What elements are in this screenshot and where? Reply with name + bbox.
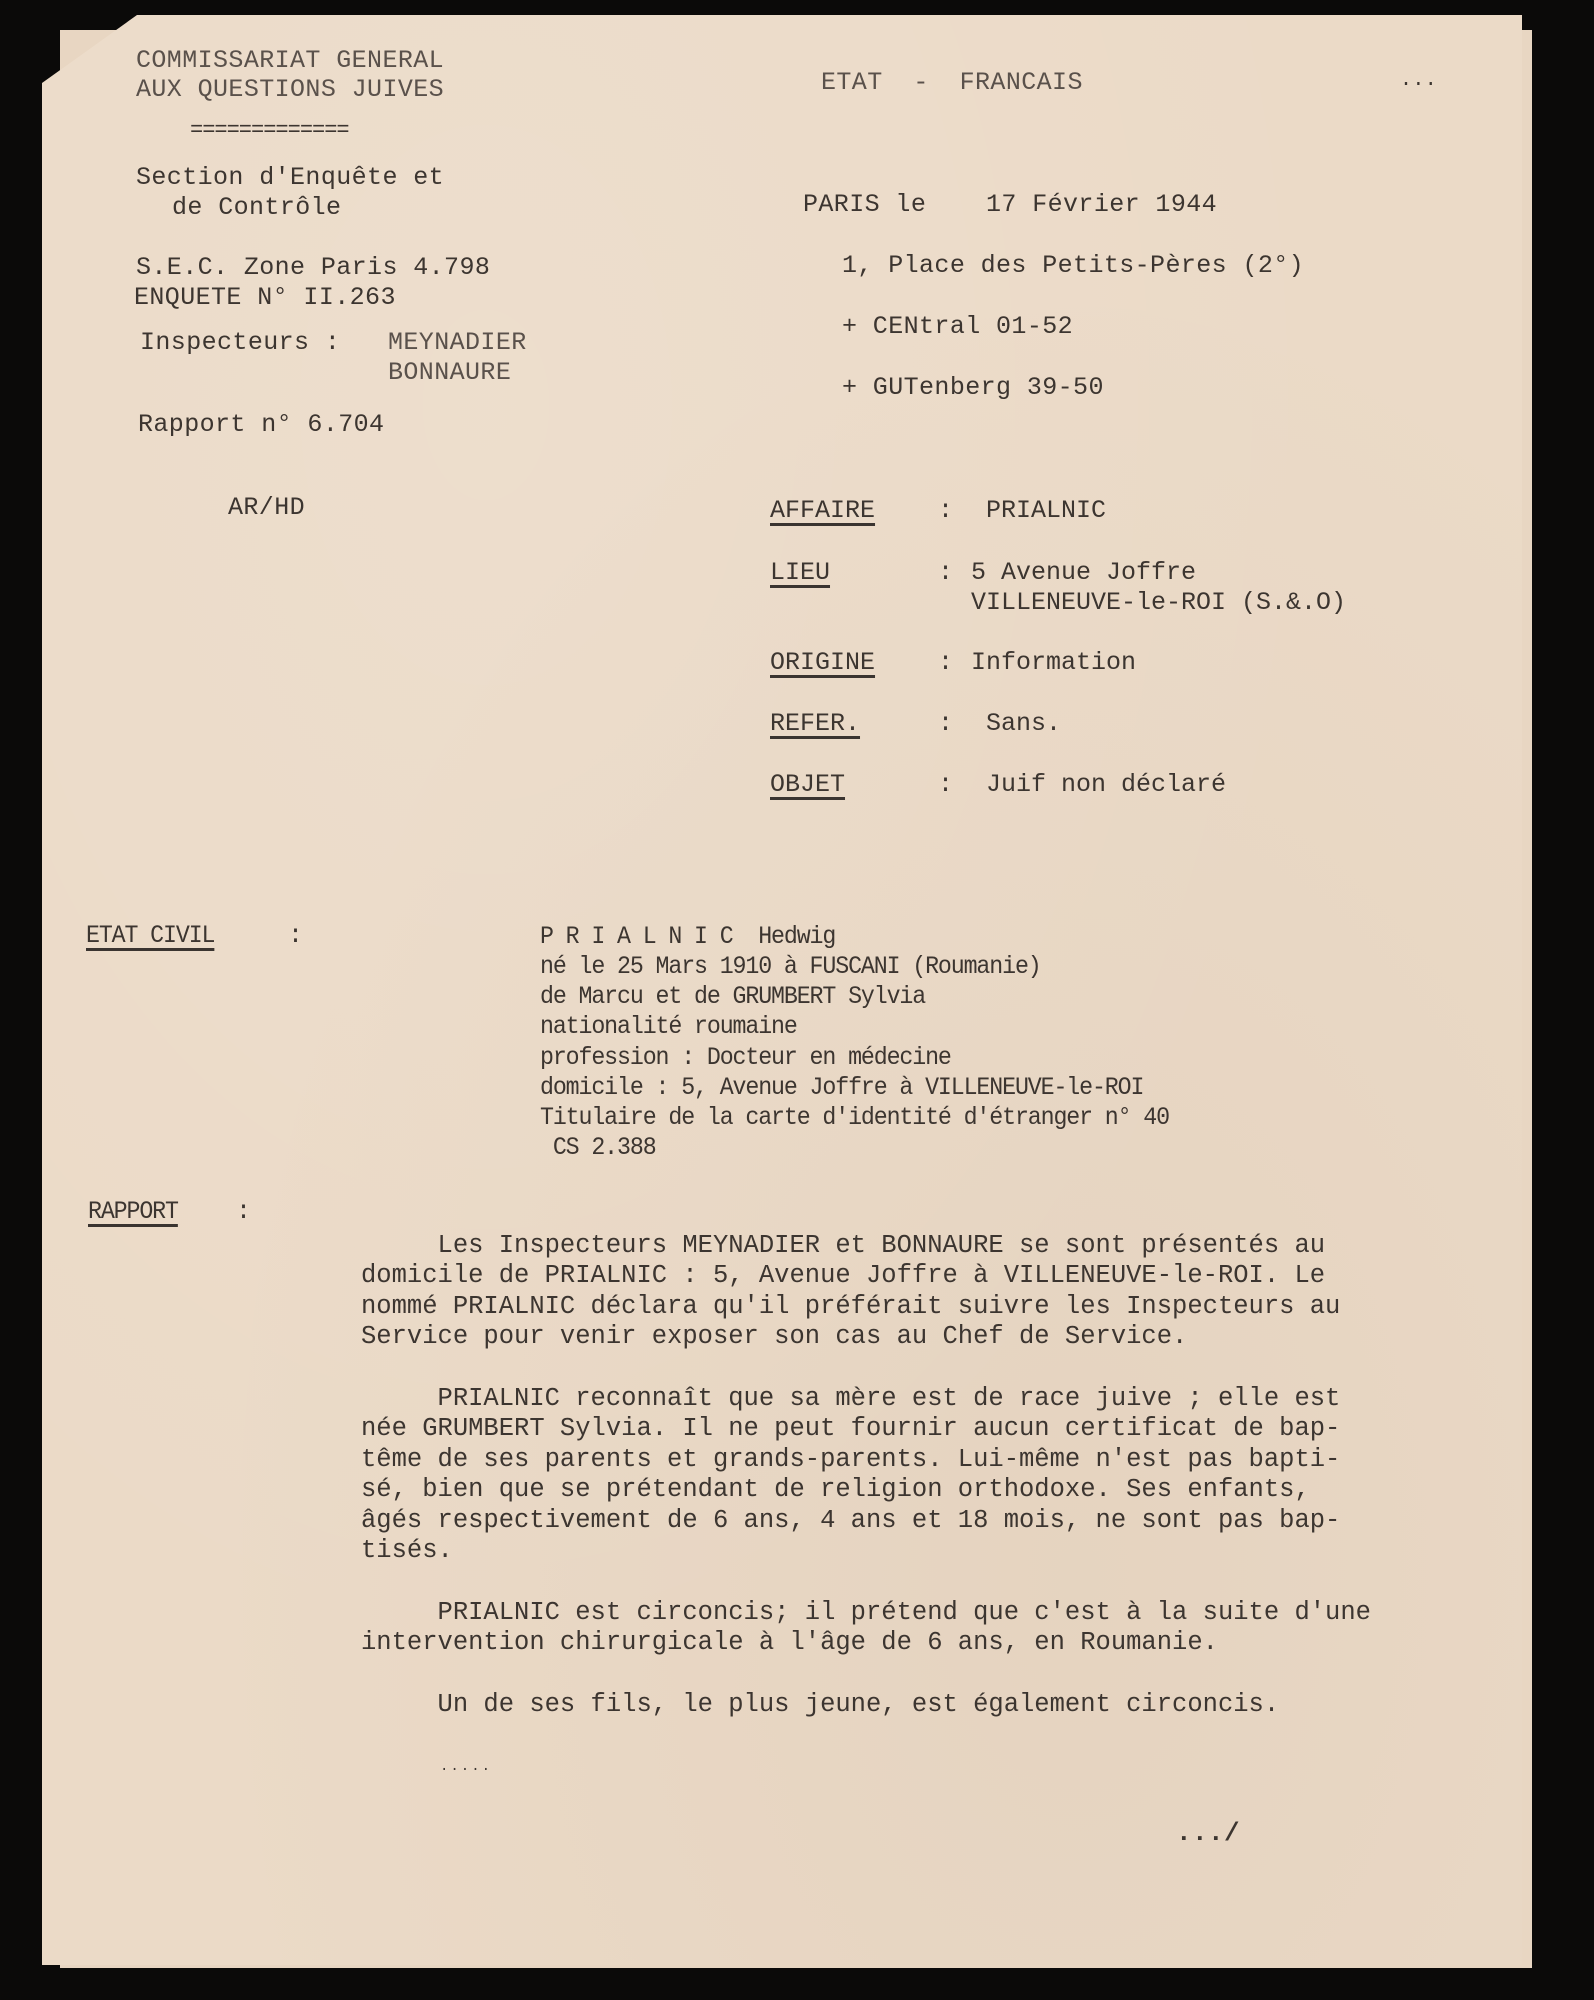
field-value-lieu-line2: VILLENEUVE-le-ROI (S.&.O) — [971, 588, 1346, 617]
field-value-objet: Juif non déclaré — [986, 770, 1226, 799]
etat-civil-heading: ETAT CIVIL — [86, 921, 214, 950]
field-label-affaire: AFFAIRE — [770, 496, 875, 525]
field-label-lieu: LIEU — [770, 558, 830, 587]
civil-line: Titulaire de la carte d'identité d'étran… — [540, 1103, 1169, 1133]
paragraph-line: PRIALNIC est circoncis; il prétend que c… — [361, 1598, 1531, 1629]
civil-line: de Marcu et de GRUMBERT Sylvia — [540, 982, 925, 1012]
paragraph-line: tisés. — [361, 1536, 1531, 1567]
document-date: 17 Février 1944 — [986, 190, 1217, 220]
paragraph-line: PRIALNIC reconnaît que sa mère est de ra… — [361, 1384, 1531, 1415]
place-label: PARIS le — [803, 190, 926, 220]
field-label-refer: REFER. — [770, 709, 860, 738]
typist-initials: AR/HD — [228, 493, 305, 523]
paragraph-line: née GRUMBERT Sylvia. Il ne peut fournir … — [361, 1414, 1531, 1445]
paragraph-line: nommé PRIALNIC déclara qu'il préférait s… — [361, 1292, 1531, 1323]
civil-line: né le 25 Mars 1910 à FUSCANI (Roumanie) — [540, 952, 1041, 982]
org-name-line1: COMMISSARIAT GENERAL — [136, 46, 444, 76]
office-address: 1, Place des Petits-Pères (2°) — [842, 251, 1304, 281]
paragraph-line: intervention chirurgicale à l'âge de 6 a… — [361, 1628, 1531, 1659]
inspecteurs-label: Inspecteurs : — [140, 328, 340, 358]
civil-line: domicile : 5, Avenue Joffre à VILLENEUVE… — [540, 1073, 1143, 1103]
phone-central: + CENtral 01-52 — [842, 312, 1073, 342]
field-colon: : — [938, 558, 953, 587]
paragraph-line: domicile de PRIALNIC : 5, Avenue Joffre … — [361, 1261, 1531, 1292]
civil-line: profession : Docteur en médecine — [540, 1043, 951, 1073]
civil-line: P R I A L N I C Hedwig — [540, 922, 835, 952]
paragraph-line: Un de ses fils, le plus jeune, est égale… — [361, 1690, 1531, 1721]
paragraph-line: Les Inspecteurs MEYNADIER et BONNAURE se… — [361, 1231, 1531, 1262]
rapport-heading: RAPPORT — [88, 1197, 178, 1226]
org-name-line2: AUX QUESTIONS JUIVES — [136, 75, 444, 105]
paragraph-line: Service pour venir exposer son cas au Ch… — [361, 1322, 1531, 1353]
separator-rule: ============= — [190, 116, 349, 146]
trailing-dot-mark: ..... — [440, 1752, 492, 1782]
field-value-origine: Information — [971, 648, 1136, 677]
civil-line: CS 2.388 — [540, 1133, 656, 1163]
field-colon: : — [938, 709, 953, 738]
field-value-lieu-line1: 5 Avenue Joffre — [971, 558, 1196, 587]
section-name-line1: Section d'Enquête et — [136, 163, 444, 193]
paragraph-line: âgés respectivement de 6 ans, 4 ans et 1… — [361, 1506, 1531, 1537]
field-colon: : — [938, 496, 953, 525]
field-value-affaire: PRIALNIC — [986, 496, 1106, 525]
field-colon: : — [938, 770, 953, 799]
inspecteur-name: BONNAURE — [388, 358, 511, 388]
paragraph-line: tême de ses parents et grands-parents. L… — [361, 1445, 1531, 1476]
field-label-origine: ORIGINE — [770, 648, 875, 677]
field-label-objet: OBJET — [770, 770, 845, 799]
etat-civil-colon: : — [288, 921, 303, 950]
phone-gutenberg: + GUTenberg 39-50 — [842, 373, 1104, 403]
rapport-colon: : — [236, 1197, 251, 1226]
continuation-mark: .../ — [1176, 1818, 1240, 1848]
section-name-line2: de Contrôle — [172, 193, 341, 223]
ellipsis-mark: ... — [1400, 66, 1437, 96]
enquete-number: ENQUETE N° II.263 — [134, 283, 396, 313]
civil-line: nationalité roumaine — [540, 1012, 797, 1042]
paragraph-line: sé, bien que se prétendant de religion o… — [361, 1475, 1531, 1506]
field-colon: : — [938, 648, 953, 677]
rapport-number: Rapport n° 6.704 — [138, 410, 384, 440]
sec-zone-reference: S.E.C. Zone Paris 4.798 — [136, 253, 490, 283]
state-header: ETAT - FRANCAIS — [821, 68, 1083, 98]
field-value-refer: Sans. — [986, 709, 1061, 738]
inspecteur-name: MEYNADIER — [388, 328, 527, 358]
